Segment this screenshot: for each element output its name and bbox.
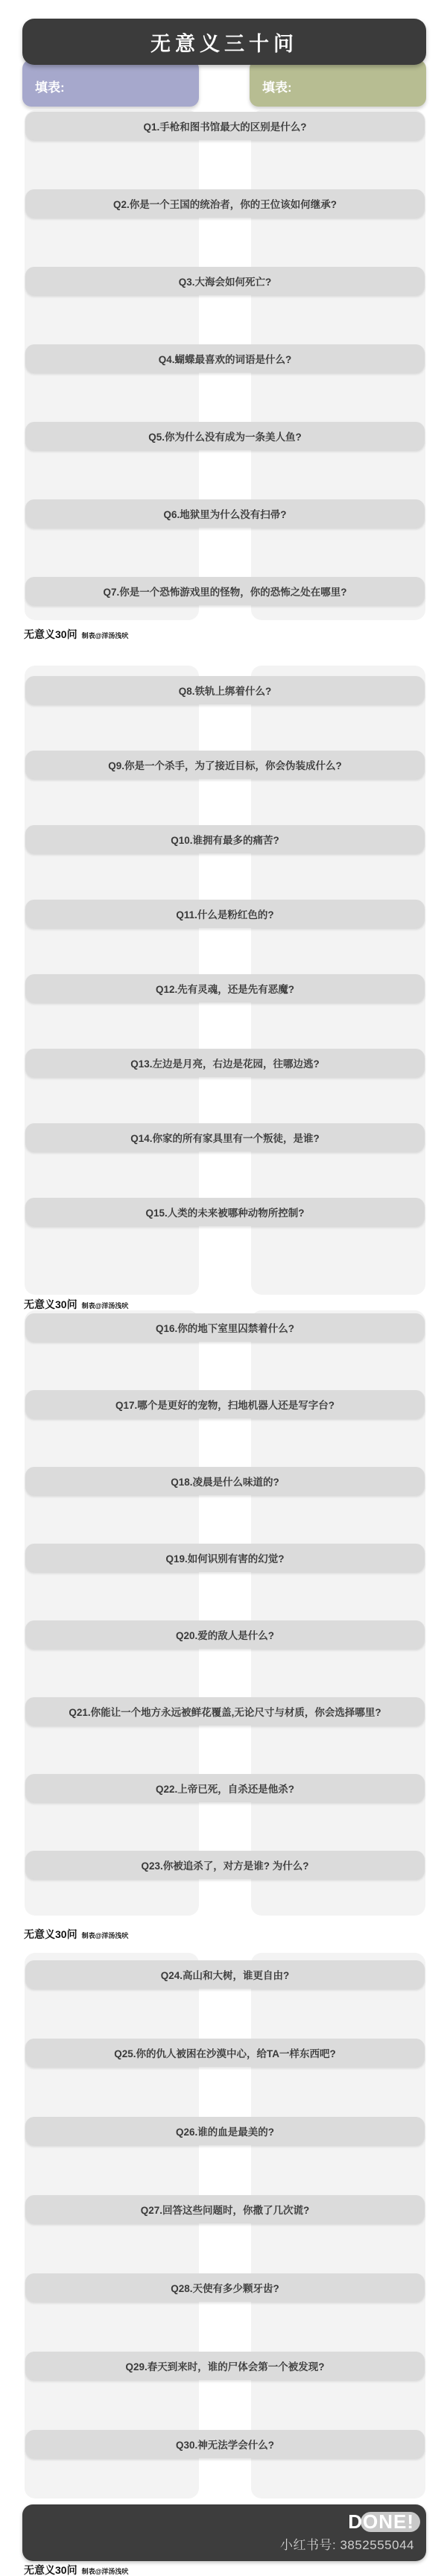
question-text: Q8.铁轨上绑着什么? (179, 683, 272, 698)
question-text: Q3.大海会如何死亡? (179, 274, 272, 288)
question-text: Q29.春天到来时，谁的尸体会第一个被发现? (125, 2358, 324, 2373)
question-bar-q18: Q18.凌晨是什么味道的? (25, 1467, 425, 1495)
question-bar-q17: Q17.哪个是更好的宠物，扫地机器人还是写字台? (25, 1390, 425, 1418)
question-text: Q16.你的地下室里囚禁着什么? (156, 1320, 294, 1335)
fill-name-left-label: 填表: (22, 77, 65, 107)
question-text: Q5.你为什么没有成为一条美人鱼? (148, 429, 302, 443)
fill-name-left[interactable]: 填表: (22, 60, 199, 107)
question-bar-q24: Q24.高山和大树，谁更自由? (25, 1960, 425, 1989)
question-bar-q9: Q9.你是一个杀手，为了接近目标，你会伪装成什么? (25, 751, 425, 779)
answer-column-right[interactable] (251, 1953, 425, 2498)
page-title: 无意义三十问 (150, 28, 298, 57)
question-text: Q13.左边是月亮，右边是花园，往哪边逃? (130, 1055, 320, 1070)
fill-name-right[interactable]: 填表: (250, 60, 426, 107)
question-bar-q13: Q13.左边是月亮，右边是花园，往哪边逃? (25, 1049, 425, 1077)
question-text: Q22.上帝已死，自杀还是他杀? (156, 1781, 294, 1796)
section-2: Q8.铁轨上绑着什么?Q9.你是一个杀手，为了接近目标，你会伪装成什么?Q10.… (0, 666, 447, 1295)
watermark-credit: 制表@洋汤浅吠 (82, 1301, 129, 1310)
question-bar-q14: Q14.你家的所有家具里有一个叛徒，是谁? (25, 1123, 425, 1152)
question-text: Q30.神无法学会什么? (176, 2437, 274, 2452)
section-1: Q1.手枪和图书馆最大的区别是什么?Q2.你是一个王国的统治者，你的王位该如何继… (0, 110, 447, 620)
footer-content: DONE! 小红书号: 3852555044 (280, 2510, 414, 2553)
watermark-title: 无意义30问 (24, 1927, 77, 1942)
xiaohongshu-id: 小红书号: 3852555044 (280, 2534, 414, 2553)
question-text: Q24.高山和大树，谁更自由? (161, 1967, 290, 1982)
question-text: Q10.谁拥有最多的痛苦? (171, 832, 279, 847)
question-bar-q27: Q27.回答这些问题时，你撒了几次谎? (25, 2195, 425, 2223)
question-text: Q18.凌晨是什么味道的? (171, 1474, 279, 1489)
question-text: Q21.你能让一个地方永远被鲜花覆盖,无论尺寸与材质，你会选择哪里? (69, 1704, 381, 1719)
question-text: Q28.天使有多少颗牙齿? (171, 2280, 279, 2295)
watermark-2: 无意义30问制表@洋汤浅吠 (24, 1297, 128, 1312)
question-text: Q4.蝴蝶最喜欢的词语是什么? (159, 351, 292, 366)
question-text: Q11.什么是粉红色的? (176, 906, 273, 921)
watermark-title: 无意义30问 (24, 1297, 77, 1312)
watermark-title: 无意义30问 (24, 627, 77, 642)
watermark-4: 无意义30问制表@洋汤浅吠 (24, 2563, 128, 2576)
question-text: Q15.人类的未来被哪种动物所控制? (145, 1205, 304, 1219)
question-bar-q4: Q4.蝴蝶最喜欢的词语是什么? (25, 344, 425, 373)
question-text: Q17.哪个是更好的宠物，扫地机器人还是写字台? (115, 1397, 335, 1412)
question-text: Q20.爱的敌人是什么? (176, 1627, 274, 1642)
watermark-title: 无意义30问 (24, 2563, 77, 2576)
question-bar-q23: Q23.你被追杀了，对方是谁? 为什么? (25, 1851, 425, 1879)
question-text: Q2.你是一个王国的统治者，你的王位该如何继承? (113, 196, 337, 211)
question-bar-q16: Q16.你的地下室里囚禁着什么? (25, 1313, 425, 1342)
question-bar-q5: Q5.你为什么没有成为一条美人鱼? (25, 422, 425, 450)
watermark-1: 无意义30问制表@洋汤浅吠 (24, 627, 128, 642)
question-bar-q19: Q19.如何识别有害的幻觉? (25, 1544, 425, 1572)
question-text: Q14.你家的所有家具里有一个叛徒，是谁? (130, 1130, 320, 1145)
question-text: Q25.你的仇人被困在沙漠中心，给TA一样东西吧? (114, 2045, 336, 2060)
question-bar-q22: Q22.上帝已死，自杀还是他杀? (25, 1774, 425, 1802)
question-bar-q7: Q7.你是一个恐怖游戏里的怪物，你的恐怖之处在哪里? (25, 577, 425, 605)
section-4: Q24.高山和大树，谁更自由?Q25.你的仇人被困在沙漠中心，给TA一样东西吧?… (0, 1953, 447, 2498)
question-bar-q21: Q21.你能让一个地方永远被鲜花覆盖,无论尺寸与材质，你会选择哪里? (25, 1697, 425, 1726)
question-text: Q9.你是一个杀手，为了接近目标，你会伪装成什么? (108, 757, 342, 772)
question-bar-q12: Q12.先有灵魂，还是先有恶魔? (25, 974, 425, 1003)
question-bar-q11: Q11.什么是粉红色的? (25, 900, 425, 928)
question-bar-q29: Q29.春天到来时，谁的尸体会第一个被发现? (25, 2352, 425, 2380)
question-bar-q28: Q28.天使有多少颗牙齿? (25, 2273, 425, 2302)
question-bar-q26: Q26.谁的血是最美的? (25, 2117, 425, 2145)
watermark-credit: 制表@洋汤浅吠 (82, 631, 129, 640)
page-header: 无意义三十问 (22, 19, 426, 65)
watermark-credit: 制表@洋汤浅吠 (82, 2566, 129, 2576)
question-bar-q15: Q15.人类的未来被哪种动物所控制? (25, 1198, 425, 1226)
question-text: Q1.手枪和图书馆最大的区别是什么? (143, 119, 306, 133)
question-bar-q10: Q10.谁拥有最多的痛苦? (25, 825, 425, 853)
question-text: Q26.谁的血是最美的? (176, 2124, 274, 2138)
question-bar-q3: Q3.大海会如何死亡? (25, 267, 425, 295)
fill-name-right-label: 填表: (250, 77, 292, 107)
question-text: Q12.先有灵魂，还是先有恶魔? (156, 981, 294, 996)
question-text: Q6.地狱里为什么没有扫帚? (163, 506, 286, 521)
question-bar-q30: Q30.神无法学会什么? (25, 2430, 425, 2458)
section-3: Q16.你的地下室里囚禁着什么?Q17.哪个是更好的宠物，扫地机器人还是写字台?… (0, 1310, 447, 1916)
question-bar-q2: Q2.你是一个王国的统治者，你的王位该如何继承? (25, 189, 425, 218)
question-text: Q27.回答这些问题时，你撒了几次谎? (141, 2202, 310, 2217)
question-text: Q23.你被追杀了，对方是谁? 为什么? (141, 1857, 308, 1872)
question-text: Q7.你是一个恐怖游戏里的怪物，你的恐怖之处在哪里? (103, 584, 346, 599)
done-label: DONE! (348, 2510, 414, 2533)
question-bar-q6: Q6.地狱里为什么没有扫帚? (25, 499, 425, 528)
questionnaire-page: 无意义三十问 填表: 填表: Q1.手枪和图书馆最大的区别是什么?Q2.你是一个… (0, 0, 447, 2576)
question-bar-q8: Q8.铁轨上绑着什么? (25, 676, 425, 704)
question-bar-q1: Q1.手枪和图书馆最大的区别是什么? (25, 112, 425, 140)
watermark-credit: 制表@洋汤浅吠 (82, 1931, 129, 1940)
question-text: Q19.如何识别有害的幻觉? (165, 1550, 284, 1565)
question-bar-q25: Q25.你的仇人被困在沙漠中心，给TA一样东西吧? (25, 2039, 425, 2067)
watermark-3: 无意义30问制表@洋汤浅吠 (24, 1927, 128, 1942)
answer-column-left[interactable] (25, 1953, 199, 2498)
done-sticker: DONE! (348, 2510, 414, 2534)
footer-bar: DONE! 小红书号: 3852555044 (22, 2504, 426, 2561)
question-bar-q20: Q20.爱的敌人是什么? (25, 1620, 425, 1649)
